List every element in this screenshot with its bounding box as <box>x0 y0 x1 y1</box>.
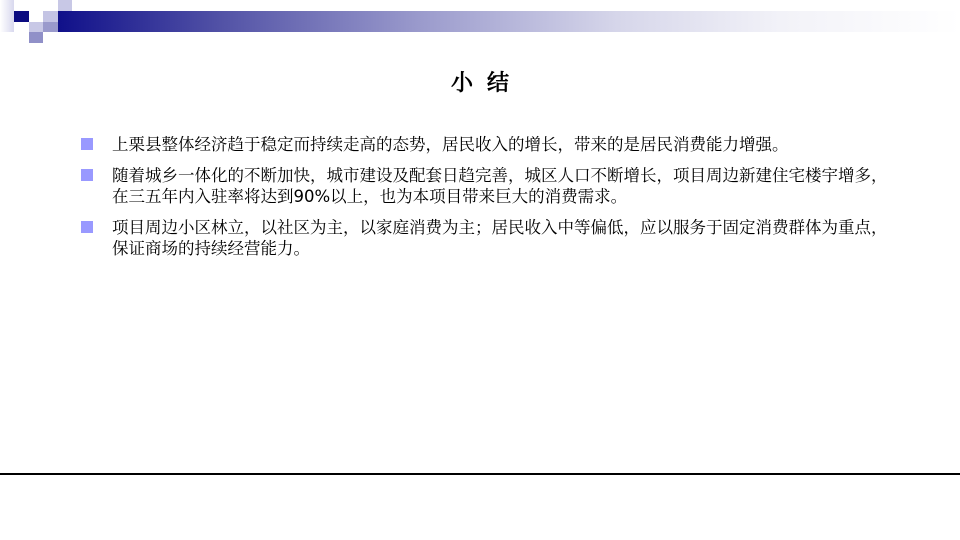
bullet-text: 上栗县整体经济趋于稳定而持续走高的态势，居民收入的增长，带来的是居民消费能力增强… <box>112 135 789 154</box>
logo-square <box>29 22 43 32</box>
bullet-item: 随着城乡一体化的不断加快，城市建设及配套日趋完善，城区人口不断增长，项目周边新建… <box>81 165 901 207</box>
bullet-text: 项目周边小区林立，以社区为主，以家庭消费为主；居民收入中等偏低，应以服务于固定消… <box>112 218 888 258</box>
logo-square <box>58 0 72 11</box>
logo-fade-square <box>0 0 14 32</box>
slide-title: 小结 <box>0 66 960 97</box>
logo-square <box>29 0 43 11</box>
logo-navy-square <box>14 11 29 22</box>
footer-divider <box>0 473 960 475</box>
logo-square <box>43 11 58 22</box>
header-gradient-bar <box>58 11 960 32</box>
square-bullet-icon <box>81 138 93 150</box>
bullet-item: 上栗县整体经济趋于稳定而持续走高的态势，居民收入的增长，带来的是居民消费能力增强… <box>81 134 901 155</box>
bullet-item: 项目周边小区林立，以社区为主，以家庭消费为主；居民收入中等偏低，应以服务于固定消… <box>81 217 901 259</box>
logo-square <box>43 22 58 32</box>
bullet-list: 上栗县整体经济趋于稳定而持续走高的态势，居民收入的增长，带来的是居民消费能力增强… <box>81 134 901 269</box>
bullet-text: 随着城乡一体化的不断加快，城市建设及配套日趋完善，城区人口不断增长，项目周边新建… <box>112 166 888 206</box>
logo-square <box>29 32 43 43</box>
square-bullet-icon <box>81 221 93 233</box>
slide: 小结 上栗县整体经济趋于稳定而持续走高的态势，居民收入的增长，带来的是居民消费能… <box>0 0 960 540</box>
square-bullet-icon <box>81 169 93 181</box>
